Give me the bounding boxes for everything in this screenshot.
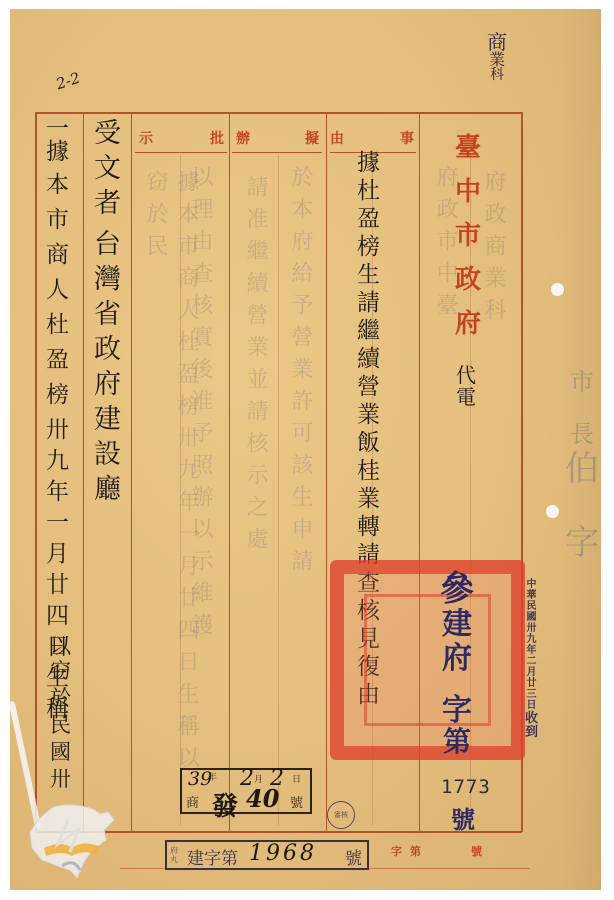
- stamp-char: 第: [443, 728, 471, 756]
- header-draft-char: 辦: [236, 128, 250, 148]
- received-char: 三: [527, 690, 537, 700]
- received-char: 年: [527, 646, 537, 656]
- date-stamp: 39 年 2 月 2 日 商 發 40 號: [180, 768, 312, 814]
- received-char: 卅: [527, 624, 537, 634]
- date-serial-char: 發: [212, 786, 238, 823]
- body-char: 盈: [46, 349, 69, 372]
- subject-char: 業: [357, 404, 380, 427]
- subject-char: 業: [357, 488, 380, 511]
- received-char: 月: [527, 668, 537, 678]
- body-char: 民: [50, 715, 71, 736]
- body-char: 一: [46, 118, 69, 141]
- subject-char: 請: [357, 292, 380, 315]
- subject-char: 續: [357, 348, 380, 371]
- bottom-stamp-suffix: 號: [345, 844, 362, 869]
- issuer-suffix: 代 電: [456, 365, 476, 419]
- received-char: 二: [527, 657, 537, 667]
- body-char: 年: [46, 481, 69, 504]
- subject-char: 據: [357, 152, 380, 175]
- header-subject-char: 由: [330, 128, 344, 148]
- bottom-stamp-label: 建字第: [187, 844, 238, 869]
- body-char: 九: [46, 450, 69, 473]
- body-text-continued: 以 窃 於 民 國 卅: [50, 636, 71, 802]
- subject-char: 杜: [357, 180, 380, 203]
- recipient-char: 省: [94, 301, 121, 328]
- margin-ghost-char: 伯: [565, 452, 599, 486]
- bleed-through-text: 府政商業科: [478, 170, 509, 550]
- ruling-line: [278, 155, 279, 825]
- received-date-stamp: 中 華 民 國 卅 九 年 二 月 廿 三 日 收 到: [525, 580, 538, 739]
- receipt-stamp-sender: 參 建 府 字 第: [440, 572, 474, 756]
- stamp-char: 參: [440, 572, 474, 606]
- recipient-char: 灣: [94, 266, 121, 293]
- subject-char: 榜: [357, 236, 380, 259]
- header-subject-char: 事: [400, 128, 414, 148]
- stamp-char: 府: [442, 644, 472, 674]
- body-char: 四: [46, 605, 69, 628]
- subject-char: 營: [357, 376, 380, 399]
- received-char: 日: [527, 701, 537, 711]
- round-stamp-text: 審核: [334, 810, 348, 820]
- issuer-char: 臺: [455, 135, 481, 161]
- body-char: 一: [46, 512, 69, 535]
- body-char: 榜: [46, 384, 69, 407]
- recipient-text: 受 文 者 台 灣 省 政 府 建 設 廳: [94, 120, 121, 515]
- bottom-stamp-prefix: 府丸: [170, 846, 184, 864]
- receipt-number-suffix: 號: [451, 800, 475, 835]
- header-underline: [135, 152, 227, 153]
- receipt-number: 1773: [441, 776, 491, 798]
- recipient-char: 文: [94, 155, 121, 182]
- body-char: 本: [46, 174, 69, 197]
- column-divider: [229, 112, 230, 832]
- body-char: 商: [46, 244, 69, 267]
- form-top-border: [35, 112, 522, 114]
- paper-hole: [546, 505, 559, 518]
- issuer-title: 臺 中 市 政 府: [455, 135, 481, 337]
- recipient-char: 受: [94, 120, 121, 147]
- issuer-suffix-char: 電: [456, 387, 476, 407]
- corner-char: 商: [487, 32, 507, 52]
- round-review-stamp: 審核: [327, 801, 355, 829]
- right-margin-bleed: 市 長 伯 字: [565, 370, 599, 560]
- date-serial-unit: 號: [290, 792, 303, 811]
- body-char: 卅: [50, 769, 71, 790]
- recipient-char: 政: [94, 336, 121, 363]
- recipient-char: 台: [94, 231, 121, 258]
- received-char: 九: [527, 635, 537, 645]
- column-divider: [326, 112, 327, 832]
- header-approval-char: 示: [139, 128, 153, 148]
- issuer-char: 府: [455, 311, 481, 337]
- recipient-char: 廳: [94, 476, 121, 503]
- date-year-unit: 年: [208, 770, 217, 783]
- body-char: 卅: [46, 419, 69, 442]
- bottom-stamp-number: 1968: [249, 841, 317, 866]
- paper-hole: [551, 283, 564, 296]
- subject-char: 桂: [357, 460, 380, 483]
- issuer-suffix-char: 代: [456, 365, 476, 385]
- corner-char: 業: [489, 52, 505, 68]
- subject-char: 生: [357, 264, 380, 287]
- header-approval-char: 批: [210, 128, 224, 148]
- margin-ghost-char: 長: [570, 422, 594, 446]
- column-divider: [131, 112, 132, 832]
- body-char: 月: [46, 543, 69, 566]
- body-char: 以: [50, 636, 71, 657]
- watermark-icon: [22, 800, 120, 880]
- bleed-through-text: 於本府給予營業許可該生申請: [285, 165, 316, 785]
- subject-char: 轉: [357, 516, 380, 539]
- margin-ghost-char: 市: [570, 370, 594, 394]
- body-char: 人: [46, 279, 69, 302]
- body-char: 窃: [50, 661, 71, 682]
- body-char: 據: [46, 141, 69, 164]
- column-divider: [83, 112, 84, 832]
- recipient-char: 者: [94, 190, 121, 217]
- issuer-char: 中: [455, 179, 481, 205]
- header-underline: [232, 152, 322, 153]
- date-serial: 40: [246, 784, 279, 813]
- subject-char: 盈: [357, 208, 380, 231]
- form-left-border: [35, 112, 37, 832]
- stamp-char: 建: [442, 610, 472, 640]
- body-char: 國: [50, 742, 71, 763]
- received-char: 中: [527, 580, 537, 590]
- stamp-char: 字: [442, 696, 472, 726]
- body-char: 於: [50, 688, 71, 709]
- bottom-registry-stamp: 府丸 建字第 1968 號: [165, 840, 369, 870]
- date-day-unit: 日: [292, 772, 301, 785]
- subject-char: 繼: [357, 320, 380, 343]
- footer-char-label: 字: [391, 843, 402, 859]
- corner-char: 科: [490, 68, 504, 82]
- body-char: 廿: [46, 574, 69, 597]
- corner-annotation: 商 業 科: [487, 32, 507, 82]
- margin-ghost-char: 字: [565, 526, 599, 560]
- footer-num-label: 號: [471, 843, 482, 859]
- received-char: 到: [525, 726, 538, 739]
- subject-char: 飯: [357, 432, 380, 455]
- date-dept: 商: [186, 792, 199, 811]
- body-char: 市: [46, 209, 69, 232]
- received-char: 民: [527, 602, 537, 612]
- issuer-char: 市: [455, 223, 481, 249]
- taiwan-book-logo-icon: [22, 800, 120, 880]
- received-char: 華: [527, 591, 537, 601]
- issuer-char: 政: [455, 267, 481, 293]
- bleed-through-text: 請准繼續營業並請核示之處: [240, 175, 271, 775]
- body-char: 杜: [46, 314, 69, 337]
- received-char: 國: [527, 613, 537, 623]
- received-char: 收: [525, 712, 538, 725]
- received-char: 廿: [527, 679, 537, 689]
- recipient-char: 設: [94, 441, 121, 468]
- footer-char-label: 第: [410, 843, 421, 859]
- header-draft-char: 擬: [305, 128, 319, 148]
- official-red-seal: [330, 560, 525, 760]
- recipient-char: 府: [94, 371, 121, 398]
- recipient-char: 建: [94, 406, 121, 433]
- bleed-through-text: 以理由查核實後准予照辦以示維護: [185, 165, 216, 805]
